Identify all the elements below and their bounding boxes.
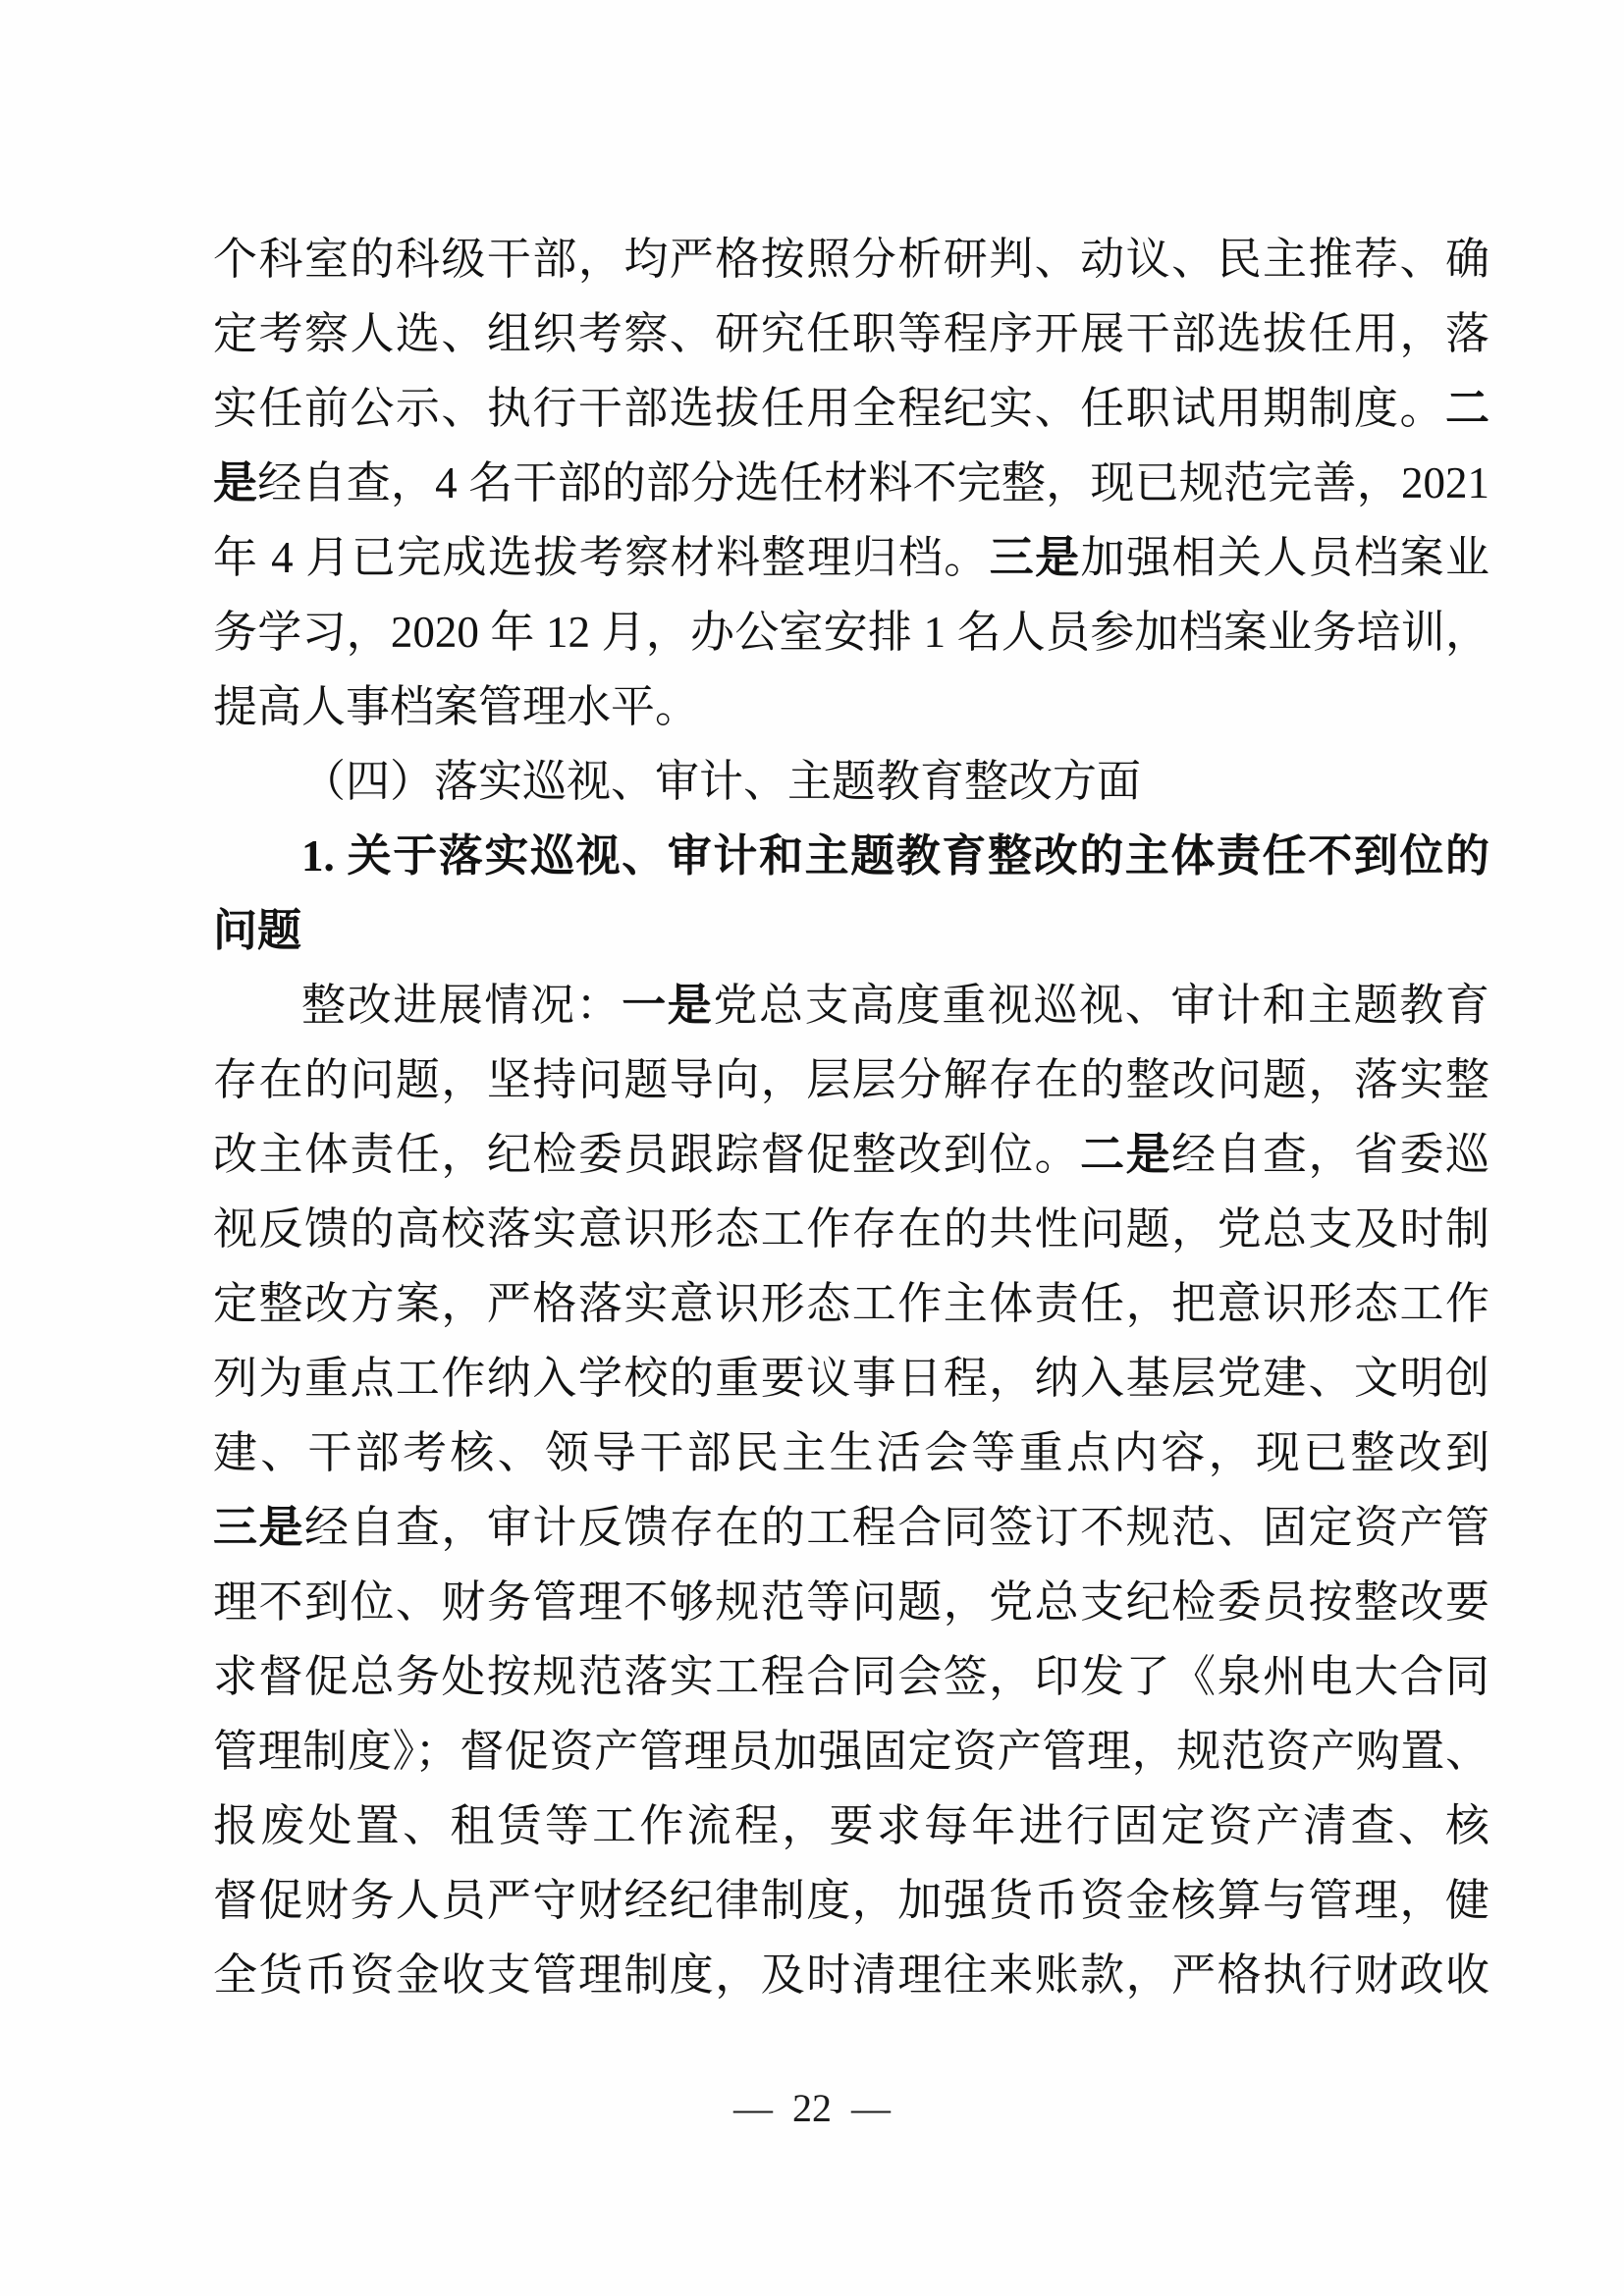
text-line: 1. 关于落实巡视、审计和主题教育整改的主体责任不到位的 [213,819,1489,893]
page-footer: —22— [0,2085,1624,2132]
text-line: 整改进展情况：一是党总支高度重视巡视、审计和主题教育 [213,968,1489,1042]
text-segment: 改主体责任，纪检委员跟踪督促整改到位。 [213,1130,1080,1179]
text-line: 报废处置、租赁等工作流程，要求每年进行固定资产清查、核对； [213,1789,1489,1863]
text-line: 个科室的科级干部，均严格按照分析研判、动议、民主推荐、确 [213,222,1489,296]
text-segment: 经自查，4 名干部的部分选任材料不完整，现已规范完善，2021 [257,458,1489,507]
bold-text-segment: 二是 [1080,1130,1171,1179]
text-line: 问题 [213,893,1489,968]
text-line: 建、干部考核、领导干部民主生活会等重点内容，现已整改到位。 [213,1415,1489,1490]
text-line: （四）落实巡视、审计、主题教育整改方面 [213,744,1489,819]
text-segment: 务学习，2020 年 12 月，办公室安排 1 名人员参加档案业务培训， [213,608,1489,657]
text-segment: 定整改方案，严格落实意识形态工作主体责任，把意识形态工作 [213,1279,1489,1328]
text-line: 定整改方案，严格落实意识形态工作主体责任，把意识形态工作 [213,1266,1489,1341]
text-segment: 定考察人选、组织考察、研究任职等程序开展干部选拔任用，落 [213,309,1489,358]
text-line: 务学习，2020 年 12 月，办公室安排 1 名人员参加档案业务培训， [213,595,1489,669]
text-segment: 加强相关人员档案业 [1081,533,1489,582]
text-segment: （四）落实巡视、审计、主题教育整改方面 [301,757,1141,806]
bold-text-segment: 三是 [213,1503,304,1552]
page-number: 22 [792,2085,832,2132]
bold-text-segment: 是 [213,458,257,507]
text-segment: 党总支高度重视巡视、审计和主题教育 [713,981,1489,1030]
text-line: 督促财务人员严守财经纪律制度，加强货币资金核算与管理，健 [213,1863,1489,1938]
text-segment: 经自查，审计反馈存在的工程合同签订不规范、固定资产管 [304,1503,1489,1552]
text-line: 求督促总务处按规范落实工程合同会签，印发了《泉州电大合同 [213,1639,1489,1714]
bold-text-segment: 1. 关于落实巡视、审计和主题教育整改的主体责任不到位的 [301,831,1489,881]
text-segment: 求督促总务处按规范落实工程合同会签，印发了《泉州电大合同 [213,1652,1489,1701]
text-line: 视反馈的高校落实意识形态工作存在的共性问题，党总支及时制 [213,1192,1489,1266]
text-segment: 提高人事档案管理水平。 [213,682,699,731]
text-line: 存在的问题，坚持问题导向，层层分解存在的整改问题，落实整 [213,1042,1489,1117]
text-line: 是经自查，4 名干部的部分选任材料不完整，现已规范完善，2021 [213,446,1489,520]
bold-text-segment: 一是 [622,981,713,1030]
text-line: 提高人事档案管理水平。 [213,669,1489,744]
text-segment: 存在的问题，坚持问题导向，层层分解存在的整改问题，落实整 [213,1055,1489,1104]
text-segment: 全货币资金收支管理制度，及时清理往来账款，严格执行财政收 [213,1950,1489,2000]
text-segment: 督促财务人员严守财经纪律制度，加强货币资金核算与管理，健 [213,1876,1489,1925]
text-segment: 报废处置、租赁等工作流程，要求每年进行固定资产清查、核对； [213,1801,1489,1863]
text-line: 理不到位、财务管理不够规范等问题，党总支纪检委员按整改要 [213,1565,1489,1639]
text-line: 三是经自查，审计反馈存在的工程合同签订不规范、固定资产管 [213,1490,1489,1565]
bold-text-segment: 三是 [990,533,1081,582]
footer-right-dash: — [851,2085,891,2132]
text-line: 实任前公示、执行干部选拔任用全程纪实、任职试用期制度。二 [213,371,1489,446]
text-line: 全货币资金收支管理制度，及时清理往来账款，严格执行财政收 [213,1938,1489,2012]
text-line: 列为重点工作纳入学校的重要议事日程，纳入基层党建、文明创 [213,1341,1489,1415]
document-page: 个科室的科级干部，均严格按照分析研判、动议、民主推荐、确定考察人选、组织考察、研… [0,0,1624,2296]
text-line: 管理制度》；督促资产管理员加强固定资产管理，规范资产购置、 [213,1714,1489,1789]
text-line: 改主体责任，纪检委员跟踪督促整改到位。二是经自查，省委巡 [213,1117,1489,1192]
text-line: 年 4 月已完成选拔考察材料整理归档。三是加强相关人员档案业 [213,520,1489,595]
text-line: 定考察人选、组织考察、研究任职等程序开展干部选拔任用，落 [213,296,1489,371]
text-segment: 经自查，省委巡 [1171,1130,1489,1179]
document-body: 个科室的科级干部，均严格按照分析研判、动议、民主推荐、确定考察人选、组织考察、研… [213,222,1489,2012]
text-segment: 整改进展情况： [301,981,622,1030]
footer-left-dash: — [733,2085,773,2132]
bold-text-segment: 二 [1445,384,1489,433]
bold-text-segment: 问题 [213,906,301,955]
text-segment: 列为重点工作纳入学校的重要议事日程，纳入基层党建、文明创 [213,1354,1489,1403]
text-segment: 实任前公示、执行干部选拔任用全程纪实、任职试用期制度。 [213,384,1445,433]
text-segment: 个科室的科级干部，均严格按照分析研判、动议、民主推荐、确 [213,235,1489,284]
text-segment: 视反馈的高校落实意识形态工作存在的共性问题，党总支及时制 [213,1204,1489,1254]
text-segment: 建、干部考核、领导干部民主生活会等重点内容，现已整改到位。 [213,1428,1489,1490]
text-segment: 年 4 月已完成选拔考察材料整理归档。 [213,533,990,582]
text-segment: 管理制度》；督促资产管理员加强固定资产管理，规范资产购置、 [213,1727,1489,1776]
text-segment: 理不到位、财务管理不够规范等问题，党总支纪检委员按整改要 [213,1577,1489,1627]
